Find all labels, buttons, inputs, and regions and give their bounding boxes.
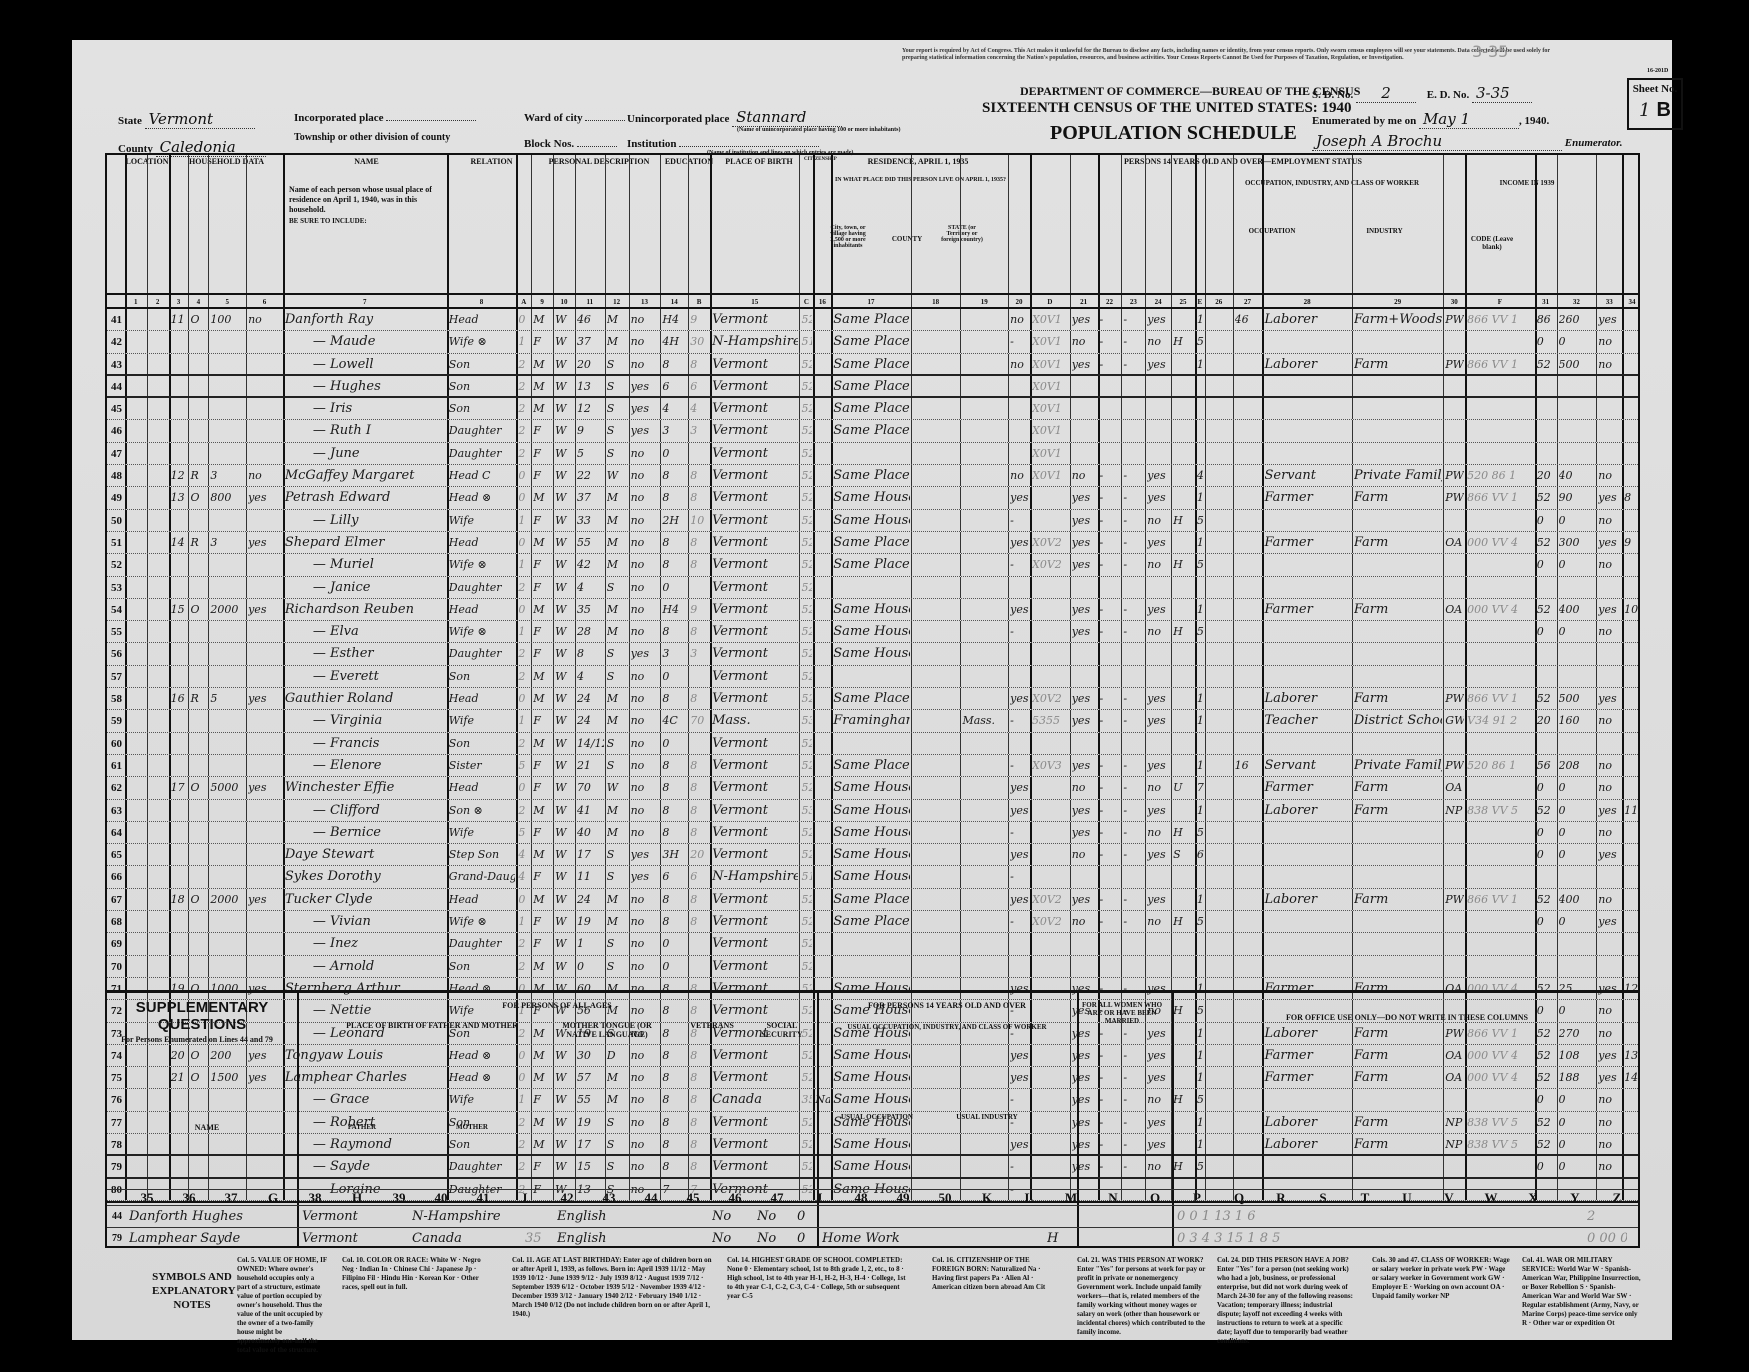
cell-hh: [171, 331, 188, 352]
cell-res_state: [962, 643, 1007, 664]
cell-c25: [1173, 933, 1194, 954]
cell-c26: [1207, 599, 1232, 620]
cell-code_e: [1197, 398, 1204, 419]
cell-wage: 160: [1559, 710, 1596, 731]
cell-code_e: 1: [1197, 889, 1204, 910]
cell-street: [127, 733, 146, 754]
cell-rel: Wife: [449, 822, 516, 843]
column-number: 30: [1443, 295, 1465, 307]
cell-occ: Servant: [1264, 755, 1350, 776]
cell-name: — Ruth I: [285, 420, 446, 441]
cell-r20: -: [1010, 710, 1029, 731]
cell-r20: [1010, 733, 1029, 754]
cell-ind: [1354, 621, 1442, 642]
cell-street: [127, 844, 146, 865]
cell-code_a: 5: [518, 822, 530, 843]
cell-street: [127, 956, 146, 977]
table-row: 43— LowellSon2MW20Sno88Vermont52Same Pla…: [107, 354, 1638, 376]
cell-farmsch: 9: [1624, 532, 1641, 553]
cell-wks: 52: [1537, 354, 1556, 374]
cell-code_f: 866 VV 1: [1467, 688, 1534, 709]
cell-rel: Head: [449, 532, 516, 553]
cell-res_state: [962, 554, 1007, 575]
cell-code_e: 5: [1197, 331, 1204, 352]
cell-code_f: 000 VV 4: [1467, 599, 1534, 620]
cell-birth: Vermont: [712, 911, 798, 932]
cell-c23: [1123, 577, 1144, 598]
cell-c24: [1147, 666, 1170, 687]
cell-c23: [1123, 643, 1144, 664]
cell-house: [149, 532, 168, 553]
cell-ind: [1354, 577, 1442, 598]
cell-cit: [815, 911, 830, 932]
cell-ind: Farm: [1354, 599, 1442, 620]
cell-sex: F: [533, 621, 552, 642]
cell-ind: Farm: [1354, 777, 1442, 798]
cell-code_c: 52: [801, 755, 812, 776]
cell-mar: S: [607, 755, 628, 776]
cell-own: [190, 577, 207, 598]
cell-c22: -: [1100, 911, 1121, 932]
cell-street: [127, 621, 146, 642]
cell-birth: Vermont: [712, 554, 798, 575]
cell-name: — Francis: [285, 733, 446, 754]
cell-occ: Laborer: [1264, 889, 1350, 910]
cell-c23: -: [1123, 510, 1144, 531]
cell-c21: [1072, 376, 1097, 396]
supp-column-number: X: [1513, 1190, 1553, 1205]
cell-wage: [1559, 956, 1596, 977]
cell-cls: [1445, 911, 1464, 932]
cell-c24: yes: [1147, 532, 1170, 553]
cell-c24: yes: [1147, 889, 1170, 910]
cell-grade: 8: [662, 621, 687, 642]
cell-code_d: [1032, 800, 1069, 821]
cell-c27: [1235, 577, 1262, 598]
table-row: 4111O100noDanforth RayHead0MW46MnoH49Ver…: [107, 309, 1638, 331]
supp-column-number: Y: [1555, 1190, 1595, 1205]
cell-code_b: 4: [690, 398, 709, 419]
cell-ind: [1354, 443, 1442, 464]
cell-farm: [248, 554, 282, 575]
cell-house: [149, 866, 168, 887]
cell-value: [210, 666, 245, 687]
cell-house: [149, 666, 168, 687]
cell-farm: [248, 420, 282, 441]
column-number: 26: [1205, 295, 1233, 307]
cell-occ: [1264, 577, 1350, 598]
cell-farm: [248, 621, 282, 642]
cell-age: 5: [577, 443, 604, 464]
cell-res_state: [962, 800, 1007, 821]
cell-res_county: [913, 956, 960, 977]
cell-c22: [1100, 443, 1121, 464]
cell-rel: Step Son: [449, 844, 516, 865]
cell-mar: M: [607, 688, 628, 709]
cell-line: 69: [109, 933, 124, 954]
cell-code_f: V34 91 2: [1467, 710, 1534, 731]
cell-age: 8: [577, 643, 604, 664]
cell-birth: Vermont: [712, 933, 798, 954]
cell-res: Same Place: [833, 465, 909, 486]
cell-house: [149, 331, 168, 352]
cell-race: W: [555, 420, 574, 441]
cell-grade: 8: [662, 354, 687, 374]
cell-ind: Farm: [1354, 688, 1442, 709]
cell-code_a: 2: [518, 577, 530, 598]
cell-code_b: 8: [690, 800, 709, 821]
cell-c27: [1235, 465, 1262, 486]
cell-att: no: [631, 755, 660, 776]
cell-value: [210, 621, 245, 642]
cell-occ: Laborer: [1264, 354, 1350, 374]
cell-ind: Farm+Woods: [1354, 309, 1442, 330]
supp-column-number: I: [505, 1190, 545, 1205]
cell-name: — Elva: [285, 621, 446, 642]
cell-c26: [1207, 911, 1232, 932]
cell-value: [210, 710, 245, 731]
cell-c21: yes: [1072, 621, 1097, 642]
cell-c24: yes: [1147, 599, 1170, 620]
cell-c23: [1123, 866, 1144, 887]
cell-sex: M: [533, 599, 552, 620]
cell-res: Same Place: [833, 376, 909, 396]
cell-birth: Vermont: [712, 599, 798, 620]
cell-wage: 500: [1559, 354, 1596, 374]
cell-oth: yes: [1598, 911, 1621, 932]
cell-code_d: [1032, 666, 1069, 687]
cell-house: [149, 710, 168, 731]
cell-street: [127, 643, 146, 664]
cell-c27: [1235, 443, 1262, 464]
cell-line: 58: [109, 688, 124, 709]
cell-hh: 18: [171, 889, 188, 910]
cell-age: 4: [577, 577, 604, 598]
column-number: 25: [1171, 295, 1195, 307]
cell-r20: yes: [1010, 844, 1029, 865]
cell-code_f: 866 VV 1: [1467, 889, 1534, 910]
cell-sex: M: [533, 532, 552, 553]
cell-r20: -: [1010, 866, 1029, 887]
cell-farmsch: [1624, 755, 1641, 776]
cell-farm: [248, 822, 282, 843]
cell-c27: [1235, 420, 1262, 441]
cell-c21: yes: [1072, 755, 1097, 776]
column-number: C: [799, 295, 813, 307]
cell-hh: [171, 643, 188, 664]
cell-name: — Maude: [285, 331, 446, 352]
cell-occ: [1264, 621, 1350, 642]
cell-code_d: [1032, 621, 1069, 642]
cell-sex: F: [533, 510, 552, 531]
cell-c25: [1173, 889, 1194, 910]
cell-grade: 8: [662, 800, 687, 821]
supp-cell-c42: No: [757, 1228, 777, 1249]
cell-code_b: [690, 666, 709, 687]
cell-hh: [171, 822, 188, 843]
cell-c26: [1207, 398, 1232, 419]
cell-mar: M: [607, 532, 628, 553]
cell-res_state: [962, 577, 1007, 598]
cell-line: 56: [109, 643, 124, 664]
cell-birth: Vermont: [712, 755, 798, 776]
cell-hh: [171, 443, 188, 464]
cell-line: 55: [109, 621, 124, 642]
cell-wage: [1559, 866, 1596, 887]
cell-value: [210, 733, 245, 754]
cell-res: Same House: [833, 800, 909, 821]
cell-hh: 12: [171, 465, 188, 486]
cell-c26: [1207, 956, 1232, 977]
cell-c26: [1207, 621, 1232, 642]
column-number: 6: [246, 295, 283, 307]
column-headers: LOCATION HOUSEHOLD DATA NAME RELATION PE…: [107, 155, 1638, 295]
cell-birth: Vermont: [712, 487, 798, 508]
cell-own: [190, 710, 207, 731]
cell-mar: S: [607, 643, 628, 664]
cell-age: 11: [577, 866, 604, 887]
cell-rel: Son: [449, 398, 516, 419]
cell-c22: -: [1100, 510, 1121, 531]
cell-code_d: X0V2: [1032, 532, 1069, 553]
supp-cell-tongue: English: [557, 1228, 657, 1249]
cell-c27: [1235, 911, 1262, 932]
cell-house: [149, 889, 168, 910]
supp-cell-c47: [1047, 1206, 1072, 1227]
cell-code_b: [690, 733, 709, 754]
cell-code_e: 7: [1197, 777, 1204, 798]
cell-street: [127, 510, 146, 531]
cell-occ: Farmer: [1264, 777, 1350, 798]
cell-c25: [1173, 465, 1194, 486]
cell-code_e: 1: [1197, 487, 1204, 508]
cell-own: O: [190, 777, 207, 798]
note-col10: Col. 10. COLOR OR RACE: White W · Negro …: [342, 1256, 492, 1292]
cell-c23: -: [1123, 822, 1144, 843]
cell-occ: Laborer: [1264, 800, 1350, 821]
cell-cit: [815, 733, 830, 754]
cell-birth: Vermont: [712, 822, 798, 843]
cell-occ: Laborer: [1264, 688, 1350, 709]
cell-c25: H: [1173, 510, 1194, 531]
cell-birth: Vermont: [712, 777, 798, 798]
cell-age: 9: [577, 420, 604, 441]
cell-cls: PW: [1445, 487, 1464, 508]
cell-c27: [1235, 710, 1262, 731]
cell-cls: PW: [1445, 354, 1464, 374]
cell-own: [190, 911, 207, 932]
cell-c22: -: [1100, 532, 1121, 553]
cell-grade: 8: [662, 889, 687, 910]
cell-grade: 8: [662, 777, 687, 798]
cell-code_f: [1467, 956, 1534, 977]
cell-ind: [1354, 666, 1442, 687]
cell-res: Same House: [833, 487, 909, 508]
cell-att: no: [631, 911, 660, 932]
cell-hh: 17: [171, 777, 188, 798]
cell-race: W: [555, 643, 574, 664]
cell-oth: [1598, 443, 1621, 464]
cell-age: 41: [577, 800, 604, 821]
column-number: 16: [813, 295, 831, 307]
column-number: 14: [660, 295, 688, 307]
cell-name: Sykes Dorothy: [285, 866, 446, 887]
cell-code_c: 52: [801, 398, 812, 419]
supp-cell-mother: Canada: [412, 1228, 522, 1249]
cell-value: 5: [210, 688, 245, 709]
cell-line: 63: [109, 800, 124, 821]
cell-sex: M: [533, 800, 552, 821]
cell-oth: [1598, 933, 1621, 954]
cell-r20: [1010, 420, 1029, 441]
cell-code_d: X0V2: [1032, 911, 1069, 932]
cell-street: [127, 800, 146, 821]
cell-mar: W: [607, 777, 628, 798]
cell-res: Same House: [833, 599, 909, 620]
cell-c22: -: [1100, 465, 1121, 486]
cell-code_b: 8: [690, 554, 709, 575]
cell-grade: 4C: [662, 710, 687, 731]
cell-res: [833, 956, 909, 977]
cell-sex: F: [533, 420, 552, 441]
note-col21: Col. 21. WAS THIS PERSON AT WORK? Enter …: [1077, 1256, 1207, 1337]
cell-cit: [815, 465, 830, 486]
cell-c23: -: [1123, 331, 1144, 352]
cell-farm: [248, 577, 282, 598]
cell-code_a: 2: [518, 733, 530, 754]
cell-house: [149, 643, 168, 664]
cell-hh: [171, 911, 188, 932]
cell-oth: no: [1598, 331, 1621, 352]
cell-grade: 8: [662, 532, 687, 553]
cell-mar: S: [607, 577, 628, 598]
cell-res: Framingham: [833, 710, 909, 731]
cell-code_c: 52: [801, 532, 812, 553]
sheet-number-box: Sheet No. 1B: [1627, 78, 1683, 130]
cell-own: [190, 800, 207, 821]
supp-cell-office: 0 0 1 13 1 6: [1177, 1206, 1477, 1227]
cell-occ: Servant: [1264, 465, 1350, 486]
cell-value: 100: [210, 309, 245, 330]
cell-att: no: [631, 956, 660, 977]
cell-age: 35: [577, 599, 604, 620]
column-number: 22: [1098, 295, 1122, 307]
cell-c23: -: [1123, 710, 1144, 731]
cell-c24: [1147, 733, 1170, 754]
cell-code_d: X0V2: [1032, 688, 1069, 709]
cell-wks: 0: [1537, 510, 1556, 531]
cell-farmsch: [1624, 398, 1641, 419]
cell-code_a: 0: [518, 532, 530, 553]
note-col24: Col. 24. DID THIS PERSON HAVE A JOB? Ent…: [1217, 1256, 1357, 1346]
cell-code_c: 52: [801, 443, 812, 464]
supp-column-number: U: [1387, 1190, 1427, 1205]
supp-cell-name: Danforth Hughes: [129, 1206, 294, 1227]
cell-code_a: 5: [518, 755, 530, 776]
supp-column-number: 37: [211, 1190, 251, 1205]
cell-code_f: [1467, 643, 1534, 664]
cell-code_e: [1197, 956, 1204, 977]
cell-farmsch: 11: [1624, 800, 1641, 821]
cell-wage: [1559, 398, 1596, 419]
cell-value: [210, 933, 245, 954]
state-value: Vermont: [145, 110, 255, 129]
cell-c22: -: [1100, 889, 1121, 910]
cell-own: [190, 666, 207, 687]
cell-farm: [248, 398, 282, 419]
table-row: 4913O800yesPetrash EdwardHead ⊗0MW37Mno8…: [107, 487, 1638, 509]
cell-wage: [1559, 933, 1596, 954]
cell-house: [149, 443, 168, 464]
cell-line: 51: [109, 532, 124, 553]
cell-name: McGaffey Margaret: [285, 465, 446, 486]
cell-c23: [1123, 666, 1144, 687]
supp-column-number: R: [1261, 1190, 1301, 1205]
cell-age: 13: [577, 376, 604, 396]
cell-code_c: 52: [801, 688, 812, 709]
supp-column-number: K: [967, 1190, 1007, 1205]
column-number: 21: [1070, 295, 1098, 307]
cell-occ: [1264, 844, 1350, 865]
supp-column-number: 47: [757, 1190, 797, 1205]
cell-farm: [248, 643, 282, 664]
supp-row: 44Danforth HughesVermontN-HampshireEngli…: [107, 1205, 1638, 1227]
cell-name: Tucker Clyde: [285, 889, 446, 910]
cell-code_e: 1: [1197, 800, 1204, 821]
cell-ind: [1354, 822, 1442, 843]
table-row: 65Daye StewartStep Son4MW17Syes3H20Vermo…: [107, 844, 1638, 866]
cell-oth: yes: [1598, 800, 1621, 821]
cell-cls: OA: [1445, 599, 1464, 620]
cell-code_c: 52: [801, 643, 812, 664]
cell-value: 3: [210, 465, 245, 486]
cell-mar: M: [607, 510, 628, 531]
cell-wks: 52: [1537, 800, 1556, 821]
cell-c26: [1207, 688, 1232, 709]
notes-title: SYMBOLS AND EXPLANATORY NOTES: [152, 1270, 232, 1312]
cell-wks: [1537, 398, 1556, 419]
cell-house: [149, 733, 168, 754]
cell-code_c: 53: [801, 800, 812, 821]
cell-farm: yes: [248, 599, 282, 620]
cell-c27: 46: [1235, 309, 1262, 330]
cell-hh: [171, 398, 188, 419]
cell-hh: [171, 666, 188, 687]
cell-name: — Esther: [285, 643, 446, 664]
column-number: 5: [208, 295, 246, 307]
cell-cit: [815, 621, 830, 642]
cell-own: [190, 755, 207, 776]
cell-own: [190, 554, 207, 575]
cell-code_b: 3: [690, 420, 709, 441]
cell-cls: [1445, 866, 1464, 887]
cell-ind: [1354, 554, 1442, 575]
cell-code_b: [690, 956, 709, 977]
cell-mar: S: [607, 666, 628, 687]
cell-c25: [1173, 420, 1194, 441]
cell-c21: yes: [1072, 800, 1097, 821]
cell-name: — Bernice: [285, 822, 446, 843]
cell-value: [210, 956, 245, 977]
cell-code_d: X0V2: [1032, 889, 1069, 910]
cell-street: [127, 577, 146, 598]
cell-code_a: 2: [518, 354, 530, 374]
supp-column-number: W: [1471, 1190, 1511, 1205]
cell-c23: [1123, 933, 1144, 954]
cell-att: yes: [631, 643, 660, 664]
column-number: 11: [575, 295, 605, 307]
cell-c21: [1072, 956, 1097, 977]
